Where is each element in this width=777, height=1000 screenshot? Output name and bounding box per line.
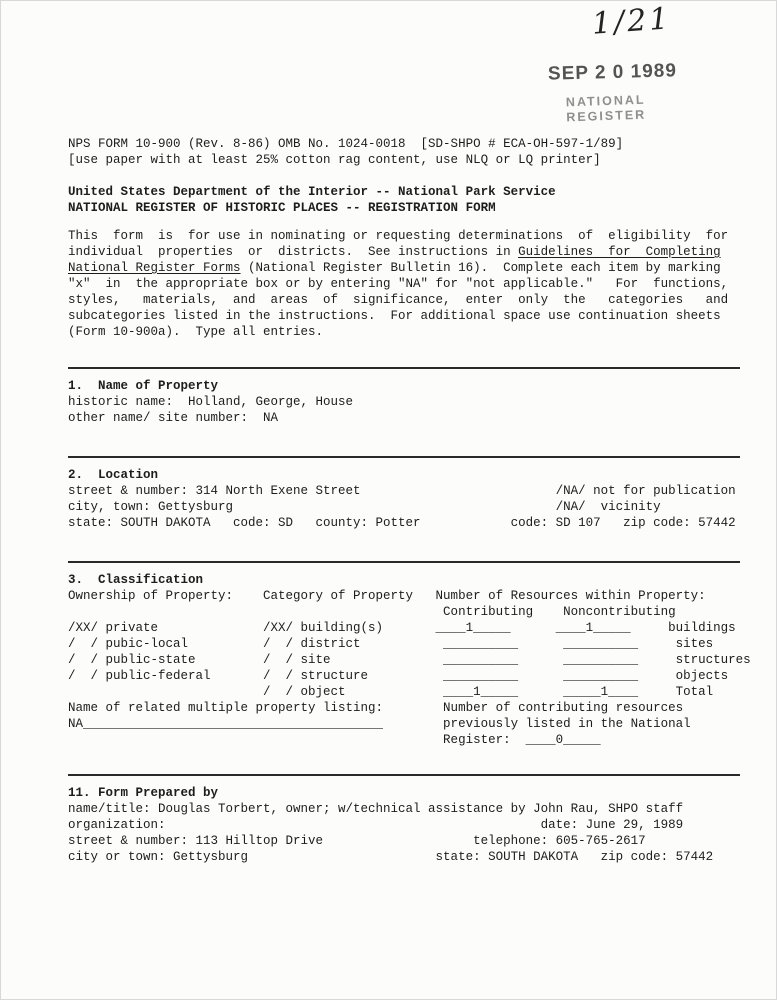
row-public-local-district: / / pubic-local / / district __________ … xyxy=(68,636,740,652)
historic-name-line: historic name: Holland, George, House xyxy=(68,394,740,410)
row-public-federal-structure: / / public-federal / / structure _______… xyxy=(68,668,740,684)
handwritten-page-number: 1/21 xyxy=(591,1,673,41)
organization-date-line: organization: date: June 29, 1989 xyxy=(68,817,740,833)
form-content: NPS FORM 10-900 (Rev. 8-86) OMB No. 1024… xyxy=(68,136,740,865)
section-divider-4 xyxy=(68,774,740,776)
form-number-line: NPS FORM 10-900 (Rev. 8-86) OMB No. 1024… xyxy=(68,136,740,152)
preparer-name-title-line: name/title: Douglas Torbert, owner; w/te… xyxy=(68,801,740,817)
row-public-state-site: / / public-state / / site __________ ___… xyxy=(68,652,740,668)
register-count-line: Register: ____0_____ xyxy=(68,732,740,748)
intro-line-7: (Form 10-900a). Type all entries. xyxy=(68,324,740,340)
intro-line-1: This form is for use in nominating or re… xyxy=(68,228,740,244)
scanned-document-page: 1/21 SEP 2 0 1989 NATIONAL REGISTER NPS … xyxy=(0,0,777,1000)
city-town-line: city, town: Gettysburg /NA/ vicinity xyxy=(68,499,740,515)
spacer xyxy=(68,168,740,184)
preparer-street-telephone-line: street & number: 113 Hilltop Drive telep… xyxy=(68,833,740,849)
section11-heading: 11. Form Prepared by xyxy=(68,785,740,801)
received-date-stamp: SEP 2 0 1989 xyxy=(548,60,677,85)
state-county-line: state: SOUTH DAKOTA code: SD county: Pot… xyxy=(68,515,740,531)
intro-line-2: individual properties or districts. See … xyxy=(68,244,740,260)
intro-line-6: subcategories listed in the instructions… xyxy=(68,308,740,324)
section-divider-2 xyxy=(68,456,740,458)
section1-heading: 1. Name of Property xyxy=(68,378,740,394)
section-form-prepared-by: 11. Form Prepared by name/title: Douglas… xyxy=(68,785,740,865)
form-title-line: NATIONAL REGISTER OF HISTORIC PLACES -- … xyxy=(68,200,740,216)
other-name-line: other name/ site number: NA xyxy=(68,410,740,426)
section2-heading: 2. Location xyxy=(68,467,740,483)
related-listing-na-line: NA______________________________________… xyxy=(68,716,740,732)
section3-heading: 3. Classification xyxy=(68,572,740,588)
intro-line-3: National Register Forms (National Regist… xyxy=(68,260,740,276)
row-private-buildings: /XX/ private /XX/ building(s) ____1_____… xyxy=(68,620,740,636)
classification-columns-line: Ownership of Property: Category of Prope… xyxy=(68,588,740,604)
paper-instruction-line: [use paper with at least 25% cotton rag … xyxy=(68,152,740,168)
row-object-total: / / object ____1_____ _____1____ Total xyxy=(68,684,740,700)
section-location: 2. Location street & number: 314 North E… xyxy=(68,467,740,531)
preparer-city-state-zip-line: city or town: Gettysburg state: SOUTH DA… xyxy=(68,849,740,865)
section-classification: 3. Classification Ownership of Property:… xyxy=(68,572,740,748)
section-divider-1 xyxy=(68,367,740,369)
intro-line-4: "x" in the appropriate box or by enterin… xyxy=(68,276,740,292)
national-register-stamp: NATIONAL REGISTER xyxy=(566,93,647,126)
section-divider-3 xyxy=(68,561,740,563)
agency-line: United States Department of the Interior… xyxy=(68,184,740,200)
intro-paragraph: This form is for use in nominating or re… xyxy=(68,228,740,340)
intro-line-5: styles, materials, and areas of signific… xyxy=(68,292,740,308)
section-name-of-property: 1. Name of Property historic name: Holla… xyxy=(68,378,740,426)
contributing-subcolumns-line: Contributing Noncontributing xyxy=(68,604,740,620)
register-stamp-line2: REGISTER xyxy=(566,108,646,126)
street-number-line: street & number: 314 North Exene Street … xyxy=(68,483,740,499)
related-listing-line: Name of related multiple property listin… xyxy=(68,700,740,716)
